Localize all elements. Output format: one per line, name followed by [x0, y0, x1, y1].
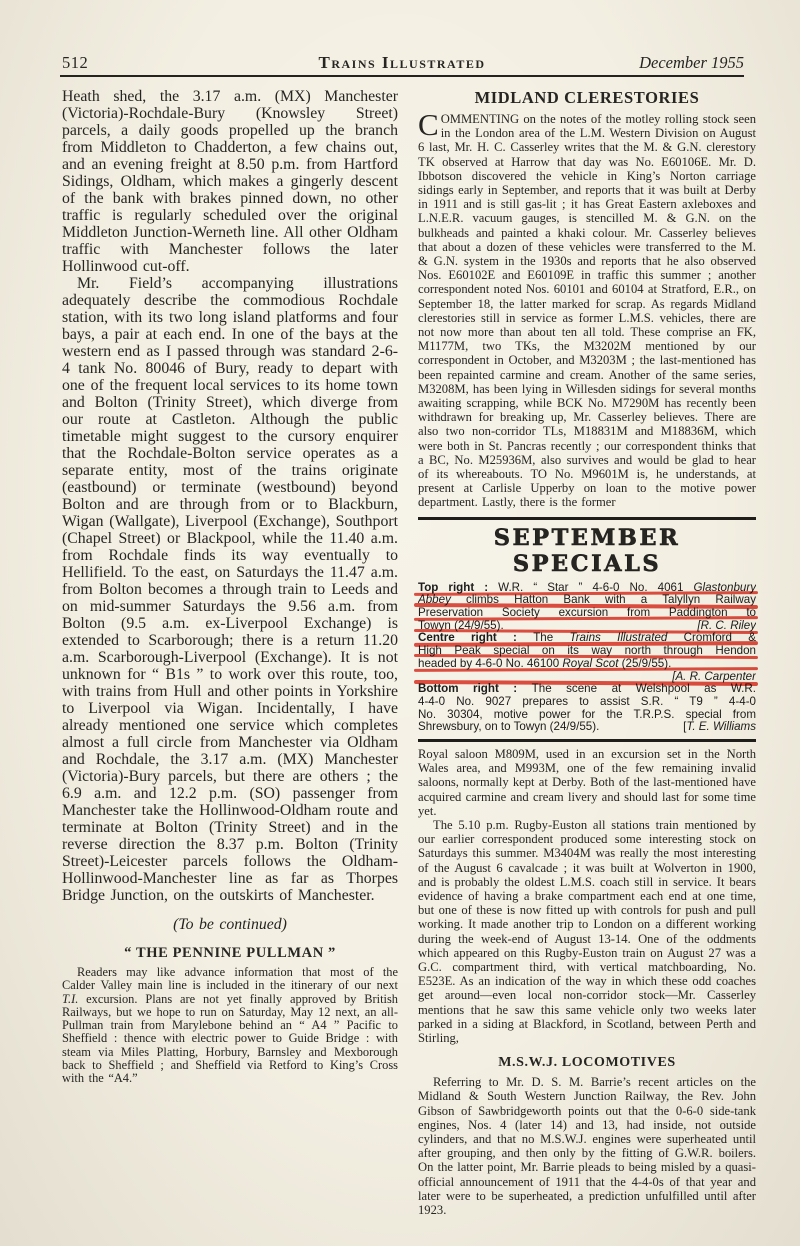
pennine-pullman-heading: “ THE PENNINE PULLMAN ” — [62, 945, 398, 962]
photo-captions-block: Top right : W.R. “ Star ” 4-6-0 No. 4061… — [418, 582, 756, 734]
september-specials-box: SEPTEMBER SPECIALS Top right : W.R. “ St… — [418, 517, 756, 742]
paragraph-oldham-traffic: Heath shed, the 3.17 a.m. (MX) Mancheste… — [62, 88, 398, 275]
magazine-page-scan: { "colors": { "paper": "#f3efe2", "ink":… — [0, 0, 800, 1246]
caption-line: Shrewsbury, on to Towyn (24/9/55). [T. E… — [418, 721, 756, 734]
photo-credit: [T. E. Williams — [683, 721, 756, 734]
right-column: MIDLAND CLERESTORIES COMMENTING on the n… — [418, 88, 756, 1217]
caption-text: Shrewsbury, on to Towyn (24/9/55). — [418, 721, 599, 734]
september-specials-heading: SEPTEMBER SPECIALS — [418, 525, 756, 577]
paragraph-clerestories: COMMENTING on the notes of the motley ro… — [418, 112, 756, 510]
midland-clerestories-heading: MIDLAND CLERESTORIES — [418, 88, 756, 108]
caption-line: No. 30304, motive power for the T.R.P.S.… — [418, 709, 756, 722]
paragraph-rugby-euston: The 5.10 p.m. Rugby-Euston all stations … — [418, 818, 756, 1045]
caption-line: 4-4-0 No. 9027 prepares to assist S.R. “… — [418, 696, 756, 709]
paragraph-rochdale-station: Mr. Field’s accompanying illustrations a… — [62, 275, 398, 904]
paragraph-royal-saloon: Royal saloon M809M, used in an excursion… — [418, 747, 756, 818]
issue-date: December 1955 — [639, 53, 744, 73]
masthead: 512 Trains Illustrated December 1955 — [60, 50, 744, 77]
mswj-locomotives-heading: M.S.W.J. LOCOMOTIVES — [418, 1055, 756, 1071]
paragraph-pennine-pullman: Readers may like advance information tha… — [62, 966, 398, 1086]
paragraph-mswj: Referring to Mr. D. S. M. Barrie’s recen… — [418, 1075, 756, 1217]
to-be-continued-note: (To be continued) — [62, 916, 398, 933]
left-column: Heath shed, the 3.17 a.m. (MX) Mancheste… — [62, 88, 398, 1086]
